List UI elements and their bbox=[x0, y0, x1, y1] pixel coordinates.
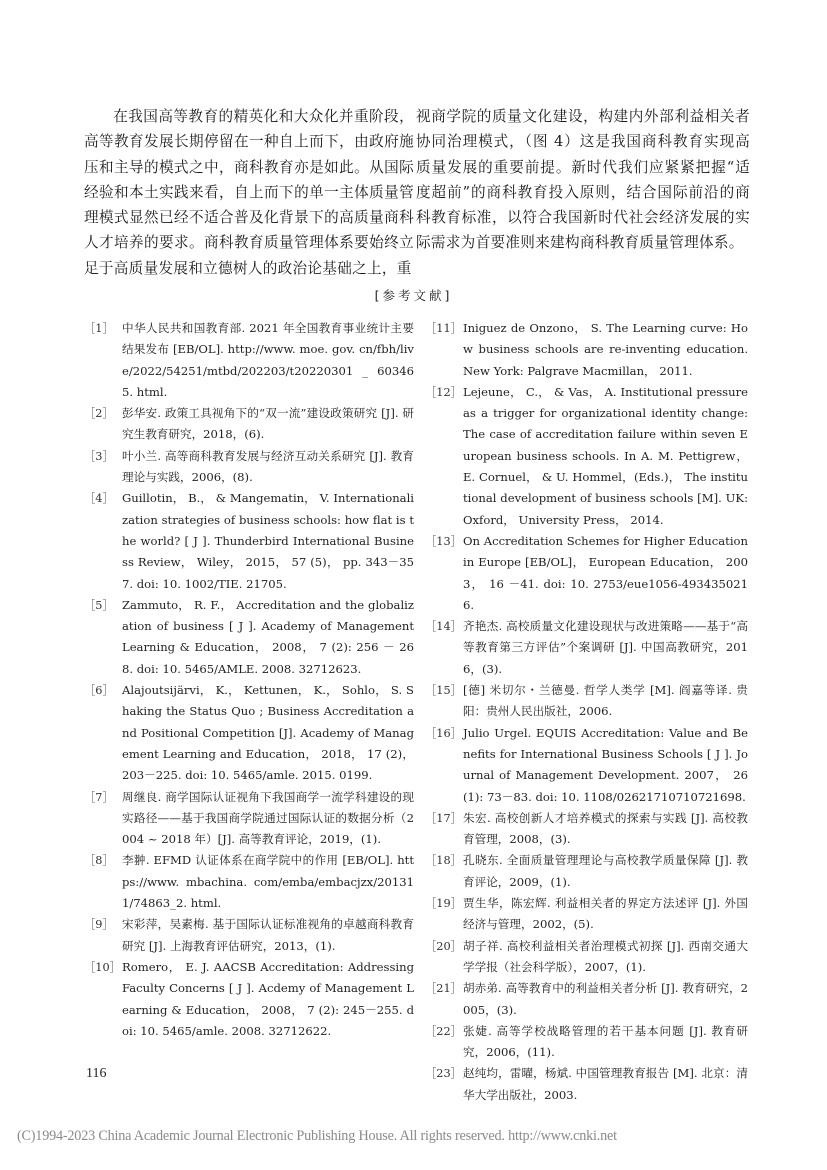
reference-number: ［10］ bbox=[84, 957, 122, 1042]
reference-number: ［18］ bbox=[425, 850, 463, 893]
reference-number: ［23］ bbox=[425, 1063, 463, 1106]
reference-text: 胡子祥. 高校利益相关者治理模式初探 [J]. 西南交通大学学报（社会科学版），… bbox=[463, 936, 748, 979]
reference-number: ［3］ bbox=[84, 446, 122, 489]
references-right-column: ［11］Iniguez de Onzono， S. The Learning c… bbox=[425, 318, 748, 1106]
reference-number: ［14］ bbox=[425, 616, 463, 680]
reference-entry: ［16］Julio Urgel. EQUIS Accreditation: Va… bbox=[425, 723, 748, 808]
reference-text: 赵纯均，雷曜，杨斌. 中国管理教育报告 [M]. 北京：清华大学出版社，2003… bbox=[463, 1063, 748, 1106]
reference-number: ［2］ bbox=[84, 403, 122, 446]
reference-text: 齐艳杰. 高校质量文化建设现状与改进策略——基于“高等教育第三方评估”个案调研 … bbox=[463, 616, 748, 680]
reference-text: Julio Urgel. EQUIS Accreditation: Value … bbox=[463, 723, 748, 808]
reference-text: Guillotin， B.， & Mangematin， V. Internat… bbox=[122, 488, 414, 594]
reference-text: 张婕. 高等学校战略管理的若干基本问题 [J]. 教育研究，2006，(11). bbox=[463, 1021, 748, 1064]
reference-number: ［4］ bbox=[84, 488, 122, 594]
reference-number: ［19］ bbox=[425, 893, 463, 936]
reference-number: ［15］ bbox=[425, 680, 463, 723]
body-paragraph-continued: 视商学院的质量文化建设，构建内外部利益相关者协同治理模式，（图 4）这是我国商科… bbox=[416, 104, 750, 256]
reference-number: ［6］ bbox=[84, 680, 122, 786]
reference-number: ［22］ bbox=[425, 1021, 463, 1064]
reference-entry: ［10］Romero， E. J. AACSB Accreditation: A… bbox=[84, 957, 414, 1042]
reference-number: ［8］ bbox=[84, 850, 122, 914]
page-number: 116 bbox=[86, 1066, 106, 1082]
reference-entry: ［18］孔晓东. 全面质量管理理论与高校教学质量保障 [J]. 教育评论，200… bbox=[425, 850, 748, 893]
reference-text: 朱宏. 高校创新人才培养模式的探索与实践 [J]. 高校教育管理，2008，(3… bbox=[463, 808, 748, 851]
body-text-right-column: 视商学院的质量文化建设，构建内外部利益相关者协同治理模式，（图 4）这是我国商科… bbox=[416, 104, 750, 256]
body-text-left-column: 在我国高等教育的精英化和大众化并重阶段，高等教育发展长期停留在一种自上而下，由政… bbox=[84, 104, 414, 281]
reference-entry: ［13］On Accreditation Schemes for Higher … bbox=[425, 531, 748, 616]
reference-number: ［21］ bbox=[425, 978, 463, 1021]
reference-entry: ［20］胡子祥. 高校利益相关者治理模式初探 [J]. 西南交通大学学报（社会科… bbox=[425, 936, 748, 979]
reference-entry: ［21］胡赤弟. 高等教育中的利益相关者分析 [J]. 教育研究，2005，(3… bbox=[425, 978, 748, 1021]
reference-number: ［17］ bbox=[425, 808, 463, 851]
reference-entry: ［3］叶小兰. 高等商科教育发展与经济互动关系研究 [J]. 教育理论与实践，2… bbox=[84, 446, 414, 489]
reference-text: [德] 米切尔・兰德曼. 哲学人类学 [M]. 阎嘉等译. 贵阳：贵州人民出版社… bbox=[463, 680, 748, 723]
reference-text: 中华人民共和国教育部. 2021 年全国教育事业统计主要结果发布 [EB/OL]… bbox=[122, 318, 414, 403]
copyright-notice: (C)1994-2023 China Academic Journal Elec… bbox=[17, 1128, 617, 1145]
reference-number: ［13］ bbox=[425, 531, 463, 616]
reference-text: 贾生华，陈宏辉. 利益相关者的界定方法述评 [J]. 外国经济与管理，2002，… bbox=[463, 893, 748, 936]
reference-text: 宋彩萍，吴素梅. 基于国际认证标准视角的卓越商科教育研究 [J]. 上海教育评估… bbox=[122, 914, 414, 957]
reference-number: ［7］ bbox=[84, 787, 122, 851]
reference-text: 李翀. EFMD 认证体系在商学院中的作用 [EB/OL]. https://w… bbox=[122, 850, 414, 914]
reference-number: ［12］ bbox=[425, 382, 463, 531]
reference-text: 叶小兰. 高等商科教育发展与经济互动关系研究 [J]. 教育理论与实践，2006… bbox=[122, 446, 414, 489]
reference-number: ［11］ bbox=[425, 318, 463, 382]
reference-text: Zammuto， R. F.， Accreditation and the gl… bbox=[122, 595, 414, 680]
reference-text: On Accreditation Schemes for Higher Educ… bbox=[463, 531, 748, 616]
reference-text: Romero， E. J. AACSB Accreditation: Addre… bbox=[122, 957, 414, 1042]
reference-text: 孔晓东. 全面质量管理理论与高校教学质量保障 [J]. 教育评论，2009，(1… bbox=[463, 850, 748, 893]
reference-entry: ［14］齐艳杰. 高校质量文化建设现状与改进策略——基于“高等教育第三方评估”个… bbox=[425, 616, 748, 680]
reference-entry: ［23］赵纯均，雷曜，杨斌. 中国管理教育报告 [M]. 北京：清华大学出版社，… bbox=[425, 1063, 748, 1106]
reference-number: ［9］ bbox=[84, 914, 122, 957]
reference-entry: ［11］Iniguez de Onzono， S. The Learning c… bbox=[425, 318, 748, 382]
reference-entry: ［8］李翀. EFMD 认证体系在商学院中的作用 [EB/OL]. https:… bbox=[84, 850, 414, 914]
reference-number: ［20］ bbox=[425, 936, 463, 979]
reference-entry: ［12］Lejeune， C.， & Vas， A. Institutional… bbox=[425, 382, 748, 531]
reference-entry: ［9］宋彩萍，吴素梅. 基于国际认证标准视角的卓越商科教育研究 [J]. 上海教… bbox=[84, 914, 414, 957]
reference-entry: ［17］朱宏. 高校创新人才培养模式的探索与实践 [J]. 高校教育管理，200… bbox=[425, 808, 748, 851]
references-heading: [参考文献] bbox=[0, 286, 827, 304]
reference-entry: ［19］贾生华，陈宏辉. 利益相关者的界定方法述评 [J]. 外国经济与管理，2… bbox=[425, 893, 748, 936]
reference-text: 周继良. 商学国际认证视角下我国商学一流学科建设的现实路径——基于我国商学院通过… bbox=[122, 787, 414, 851]
reference-entry: ［6］Alajoutsijärvi， K.， Kettunen， K.， Soh… bbox=[84, 680, 414, 786]
reference-number: ［16］ bbox=[425, 723, 463, 808]
reference-text: 胡赤弟. 高等教育中的利益相关者分析 [J]. 教育研究，2005，(3). bbox=[463, 978, 748, 1021]
reference-number: ［1］ bbox=[84, 318, 122, 403]
reference-text: Iniguez de Onzono， S. The Learning curve… bbox=[463, 318, 748, 382]
body-paragraph: 在我国高等教育的精英化和大众化并重阶段，高等教育发展长期停留在一种自上而下，由政… bbox=[84, 104, 414, 281]
reference-entry: ［15］[德] 米切尔・兰德曼. 哲学人类学 [M]. 阎嘉等译. 贵阳：贵州人… bbox=[425, 680, 748, 723]
reference-entry: ［22］张婕. 高等学校战略管理的若干基本问题 [J]. 教育研究，2006，(… bbox=[425, 1021, 748, 1064]
reference-entry: ［7］周继良. 商学国际认证视角下我国商学一流学科建设的现实路径——基于我国商学… bbox=[84, 787, 414, 851]
reference-text: 彭华安. 政策工具视角下的“双一流”建设政策研究 [J]. 研究生教育研究，20… bbox=[122, 403, 414, 446]
reference-text: Lejeune， C.， & Vas， A. Institutional pre… bbox=[463, 382, 748, 531]
reference-entry: ［1］中华人民共和国教育部. 2021 年全国教育事业统计主要结果发布 [EB/… bbox=[84, 318, 414, 403]
reference-entry: ［4］Guillotin， B.， & Mangematin， V. Inter… bbox=[84, 488, 414, 594]
references-left-column: ［1］中华人民共和国教育部. 2021 年全国教育事业统计主要结果发布 [EB/… bbox=[84, 318, 414, 1042]
reference-entry: ［2］彭华安. 政策工具视角下的“双一流”建设政策研究 [J]. 研究生教育研究… bbox=[84, 403, 414, 446]
reference-text: Alajoutsijärvi， K.， Kettunen， K.， Sohlo，… bbox=[122, 680, 414, 786]
reference-entry: ［5］Zammuto， R. F.， Accreditation and the… bbox=[84, 595, 414, 680]
reference-number: ［5］ bbox=[84, 595, 122, 680]
